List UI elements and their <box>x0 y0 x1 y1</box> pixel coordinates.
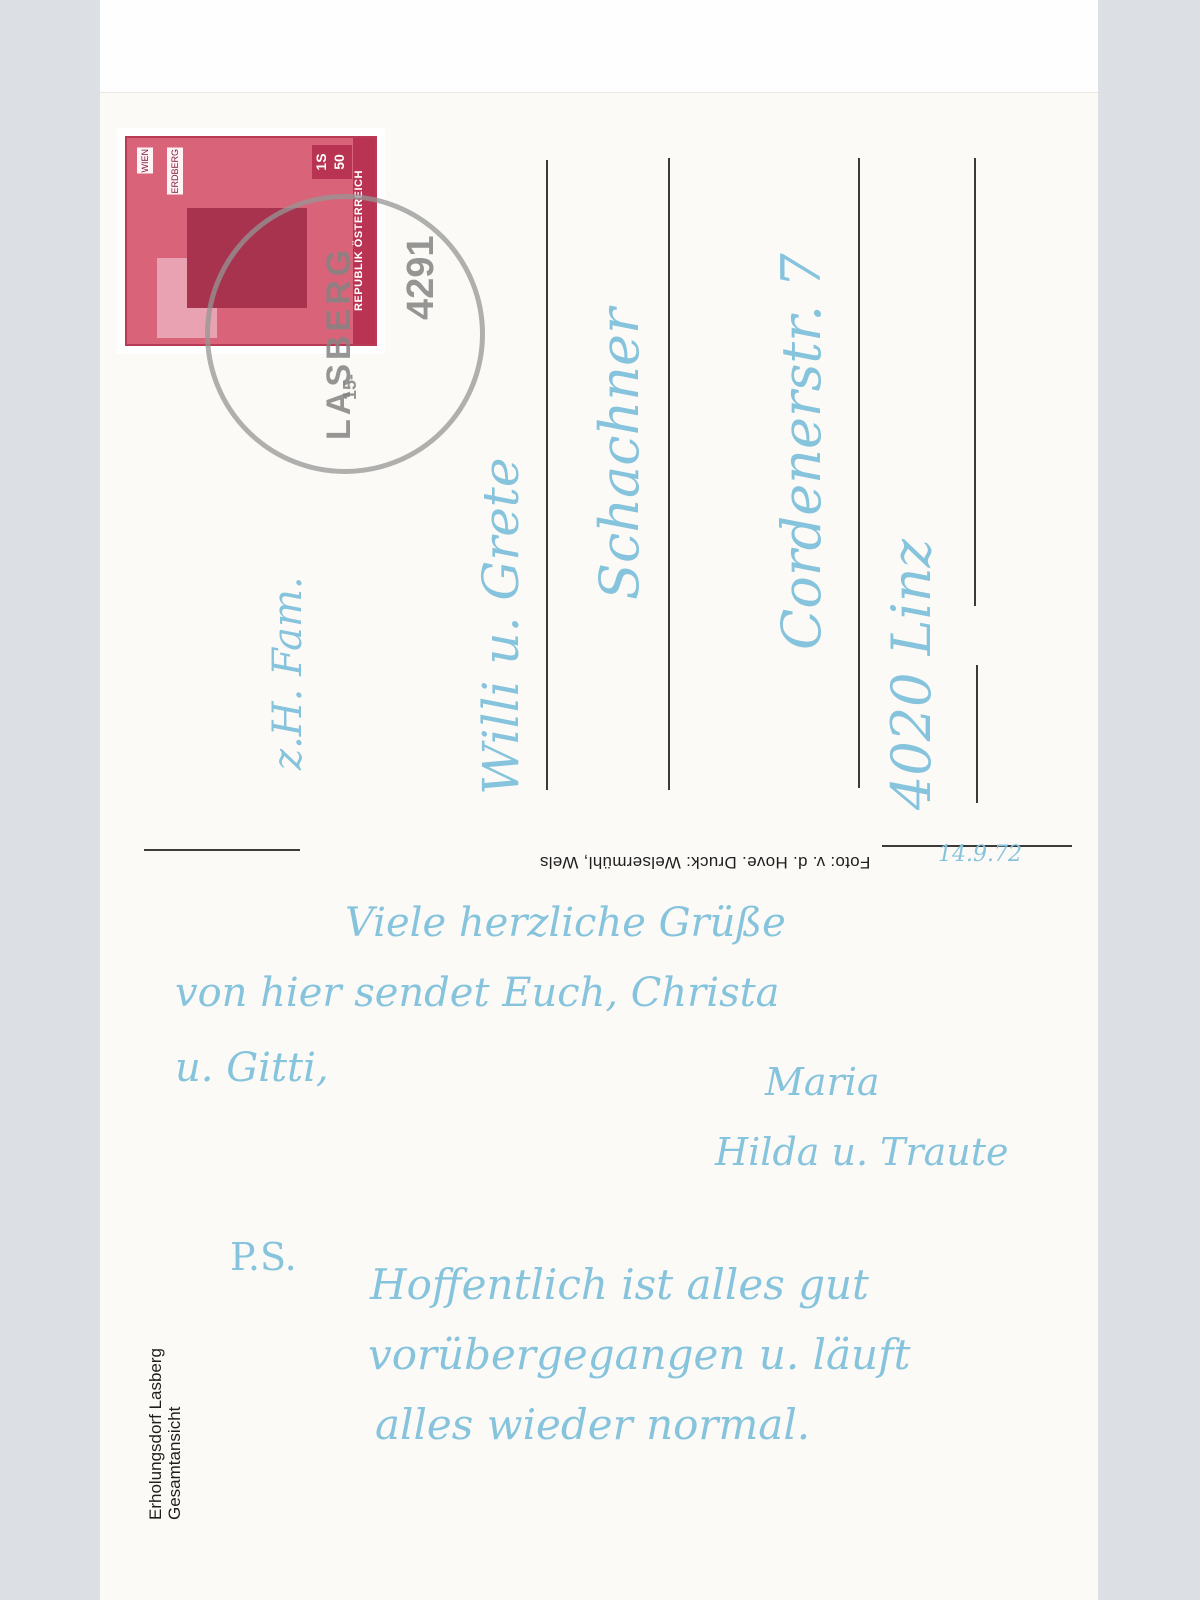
ps-line-1: Hoffentlich ist alles gut <box>370 1260 869 1309</box>
message-line-3: u. Gitti, <box>175 1045 329 1091</box>
address-name: Willi u. Grete <box>472 458 530 795</box>
stamp-city-label: WIEN <box>137 148 153 174</box>
message-line-2: von hier sendet Euch, Christa <box>175 970 780 1016</box>
postmark-place: LASBERG <box>320 246 359 440</box>
message-line-1: Viele herzliche Grüße <box>345 900 786 946</box>
postcard: WIEN ERDBERG 1S 50 REPUBLIK ÖSTERREICH 4… <box>100 0 1098 1600</box>
postcode-line <box>976 665 978 803</box>
postmark-date: 15- <box>340 374 361 400</box>
printer-imprint: Foto: v. d. Hove. Druck: Welsermühl, Wel… <box>460 852 950 872</box>
message-date: 14.9.72 <box>938 842 1022 867</box>
ps-label: P.S. <box>230 1235 297 1279</box>
ps-line-2: vorübergegangen u. läuft <box>368 1330 911 1379</box>
postcard-caption: Erholungsdorf Lasberg Gesamtansicht <box>146 1348 184 1520</box>
signature-1: Maria <box>765 1060 880 1104</box>
address-city: 4020 Linz <box>880 539 943 810</box>
address-line-2 <box>668 158 670 790</box>
divider-left <box>144 849 300 851</box>
address-salutation: z.H. Fam. <box>265 576 311 770</box>
address-line-1 <box>546 160 548 790</box>
address-line-3 <box>858 158 860 788</box>
caption-subtitle: Gesamtansicht <box>165 1348 184 1520</box>
address-line-4 <box>974 158 976 606</box>
address-street: Cordenerstr. 7 <box>770 253 833 650</box>
postmark-zip: 4291 <box>400 235 443 320</box>
stamp-district-label: ERDBERG <box>167 148 183 195</box>
signature-2: Hilda u. Traute <box>715 1130 1009 1174</box>
stamp-value: 1S 50 <box>312 145 352 179</box>
scan-margin <box>100 0 1098 93</box>
caption-title: Erholungsdorf Lasberg <box>146 1348 165 1520</box>
ps-line-3: alles wieder normal. <box>375 1400 810 1449</box>
address-surname: Schachner <box>588 308 651 600</box>
